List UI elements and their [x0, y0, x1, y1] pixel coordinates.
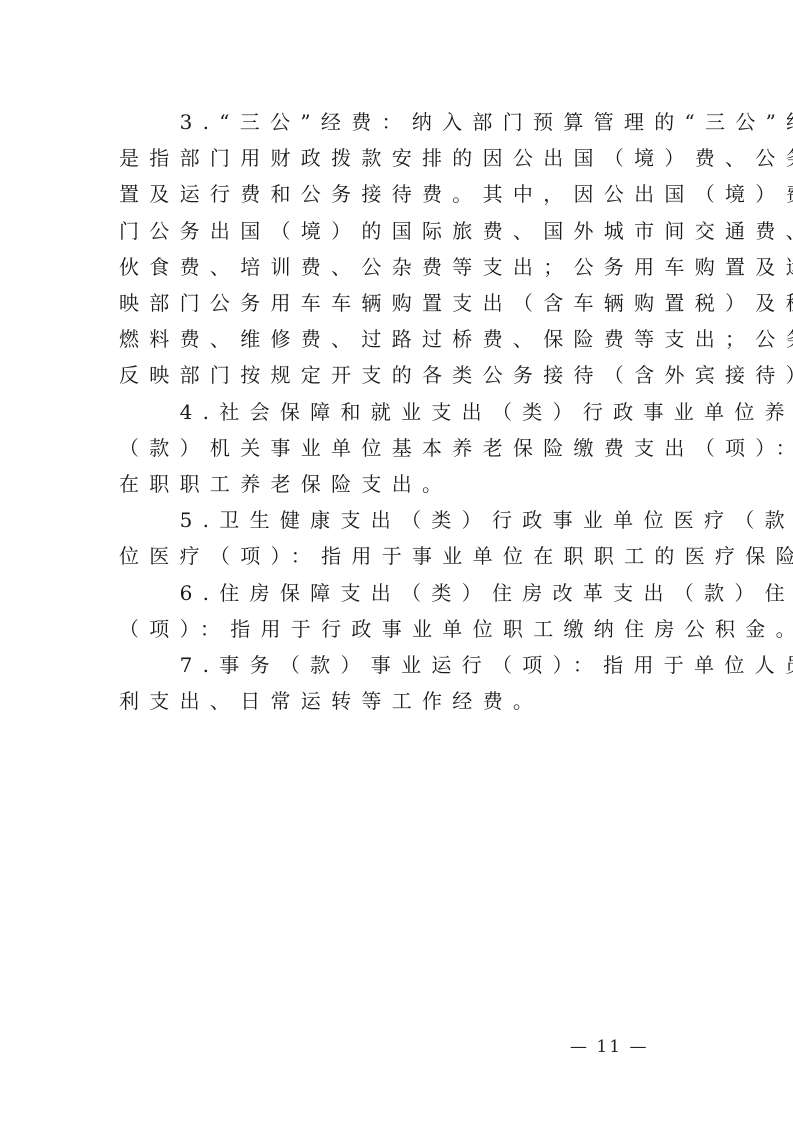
text-line: 6.住房保障支出（类）住房改革支出（款）住房公积金 — [119, 575, 673, 611]
paragraph-5-health: 5.卫生健康支出（类）行政事业单位医疗（款）事业单 位医疗（项）：指用于事业单位… — [119, 502, 673, 574]
text-line: 燃料费、维修费、过路过桥费、保险费等支出；公务接待费 — [119, 321, 673, 357]
text-line: 反映部门按规定开支的各类公务接待（含外宾接待）支出。 — [119, 357, 673, 393]
text-line: 7.事务（款）事业运行（项）：指用于单位人员工资福 — [119, 647, 673, 683]
text-line: 利支出、日常运转等工作经费。 — [119, 683, 673, 719]
text-line: （项）：指用于行政事业单位职工缴纳住房公积金。 — [119, 611, 673, 647]
paragraph-4-social-security: 4.社会保障和就业支出（类）行政事业单位养老支出 （款）机关事业单位基本养老保险… — [119, 394, 673, 503]
text-line: 映部门公务用车车辆购置支出（含车辆购置税）及租用费、 — [119, 285, 673, 321]
paragraph-6-housing: 6.住房保障支出（类）住房改革支出（款）住房公积金 （项）：指用于行政事业单位职… — [119, 575, 673, 647]
paragraph-3-three-public-expenses: 3.“三公”经费：纳入部门预算管理的“三公”经费， 是指部门用财政拨款安排的因公… — [119, 104, 673, 394]
text-line: （款）机关事业单位基本养老保险缴费支出（项）：指用于 — [119, 430, 673, 466]
text-line: 门公务出国（境）的国际旅费、国外城市间交通费、住宿费、 — [119, 213, 673, 249]
document-body: 3.“三公”经费：纳入部门预算管理的“三公”经费， 是指部门用财政拨款安排的因公… — [119, 104, 673, 719]
paragraph-7-operations: 7.事务（款）事业运行（项）：指用于单位人员工资福 利支出、日常运转等工作经费。 — [119, 647, 673, 719]
text-line: 在职职工养老保险支出。 — [119, 466, 673, 502]
text-line: 是指部门用财政拨款安排的因公出国（境）费、公务用车购 — [119, 140, 673, 176]
text-line: 伙食费、培训费、公杂费等支出；公务用车购置及运行费反 — [119, 249, 673, 285]
text-line: 3.“三公”经费：纳入部门预算管理的“三公”经费， — [119, 104, 673, 140]
text-line: 4.社会保障和就业支出（类）行政事业单位养老支出 — [119, 394, 673, 430]
text-line: 置及运行费和公务接待费。其中，因公出国（境）费反映部 — [119, 176, 673, 212]
text-line: 5.卫生健康支出（类）行政事业单位医疗（款）事业单 — [119, 502, 673, 538]
page-number: — 11 — — [570, 1037, 648, 1057]
text-line: 位医疗（项）：指用于事业单位在职职工的医疗保险支出。 — [119, 538, 673, 574]
